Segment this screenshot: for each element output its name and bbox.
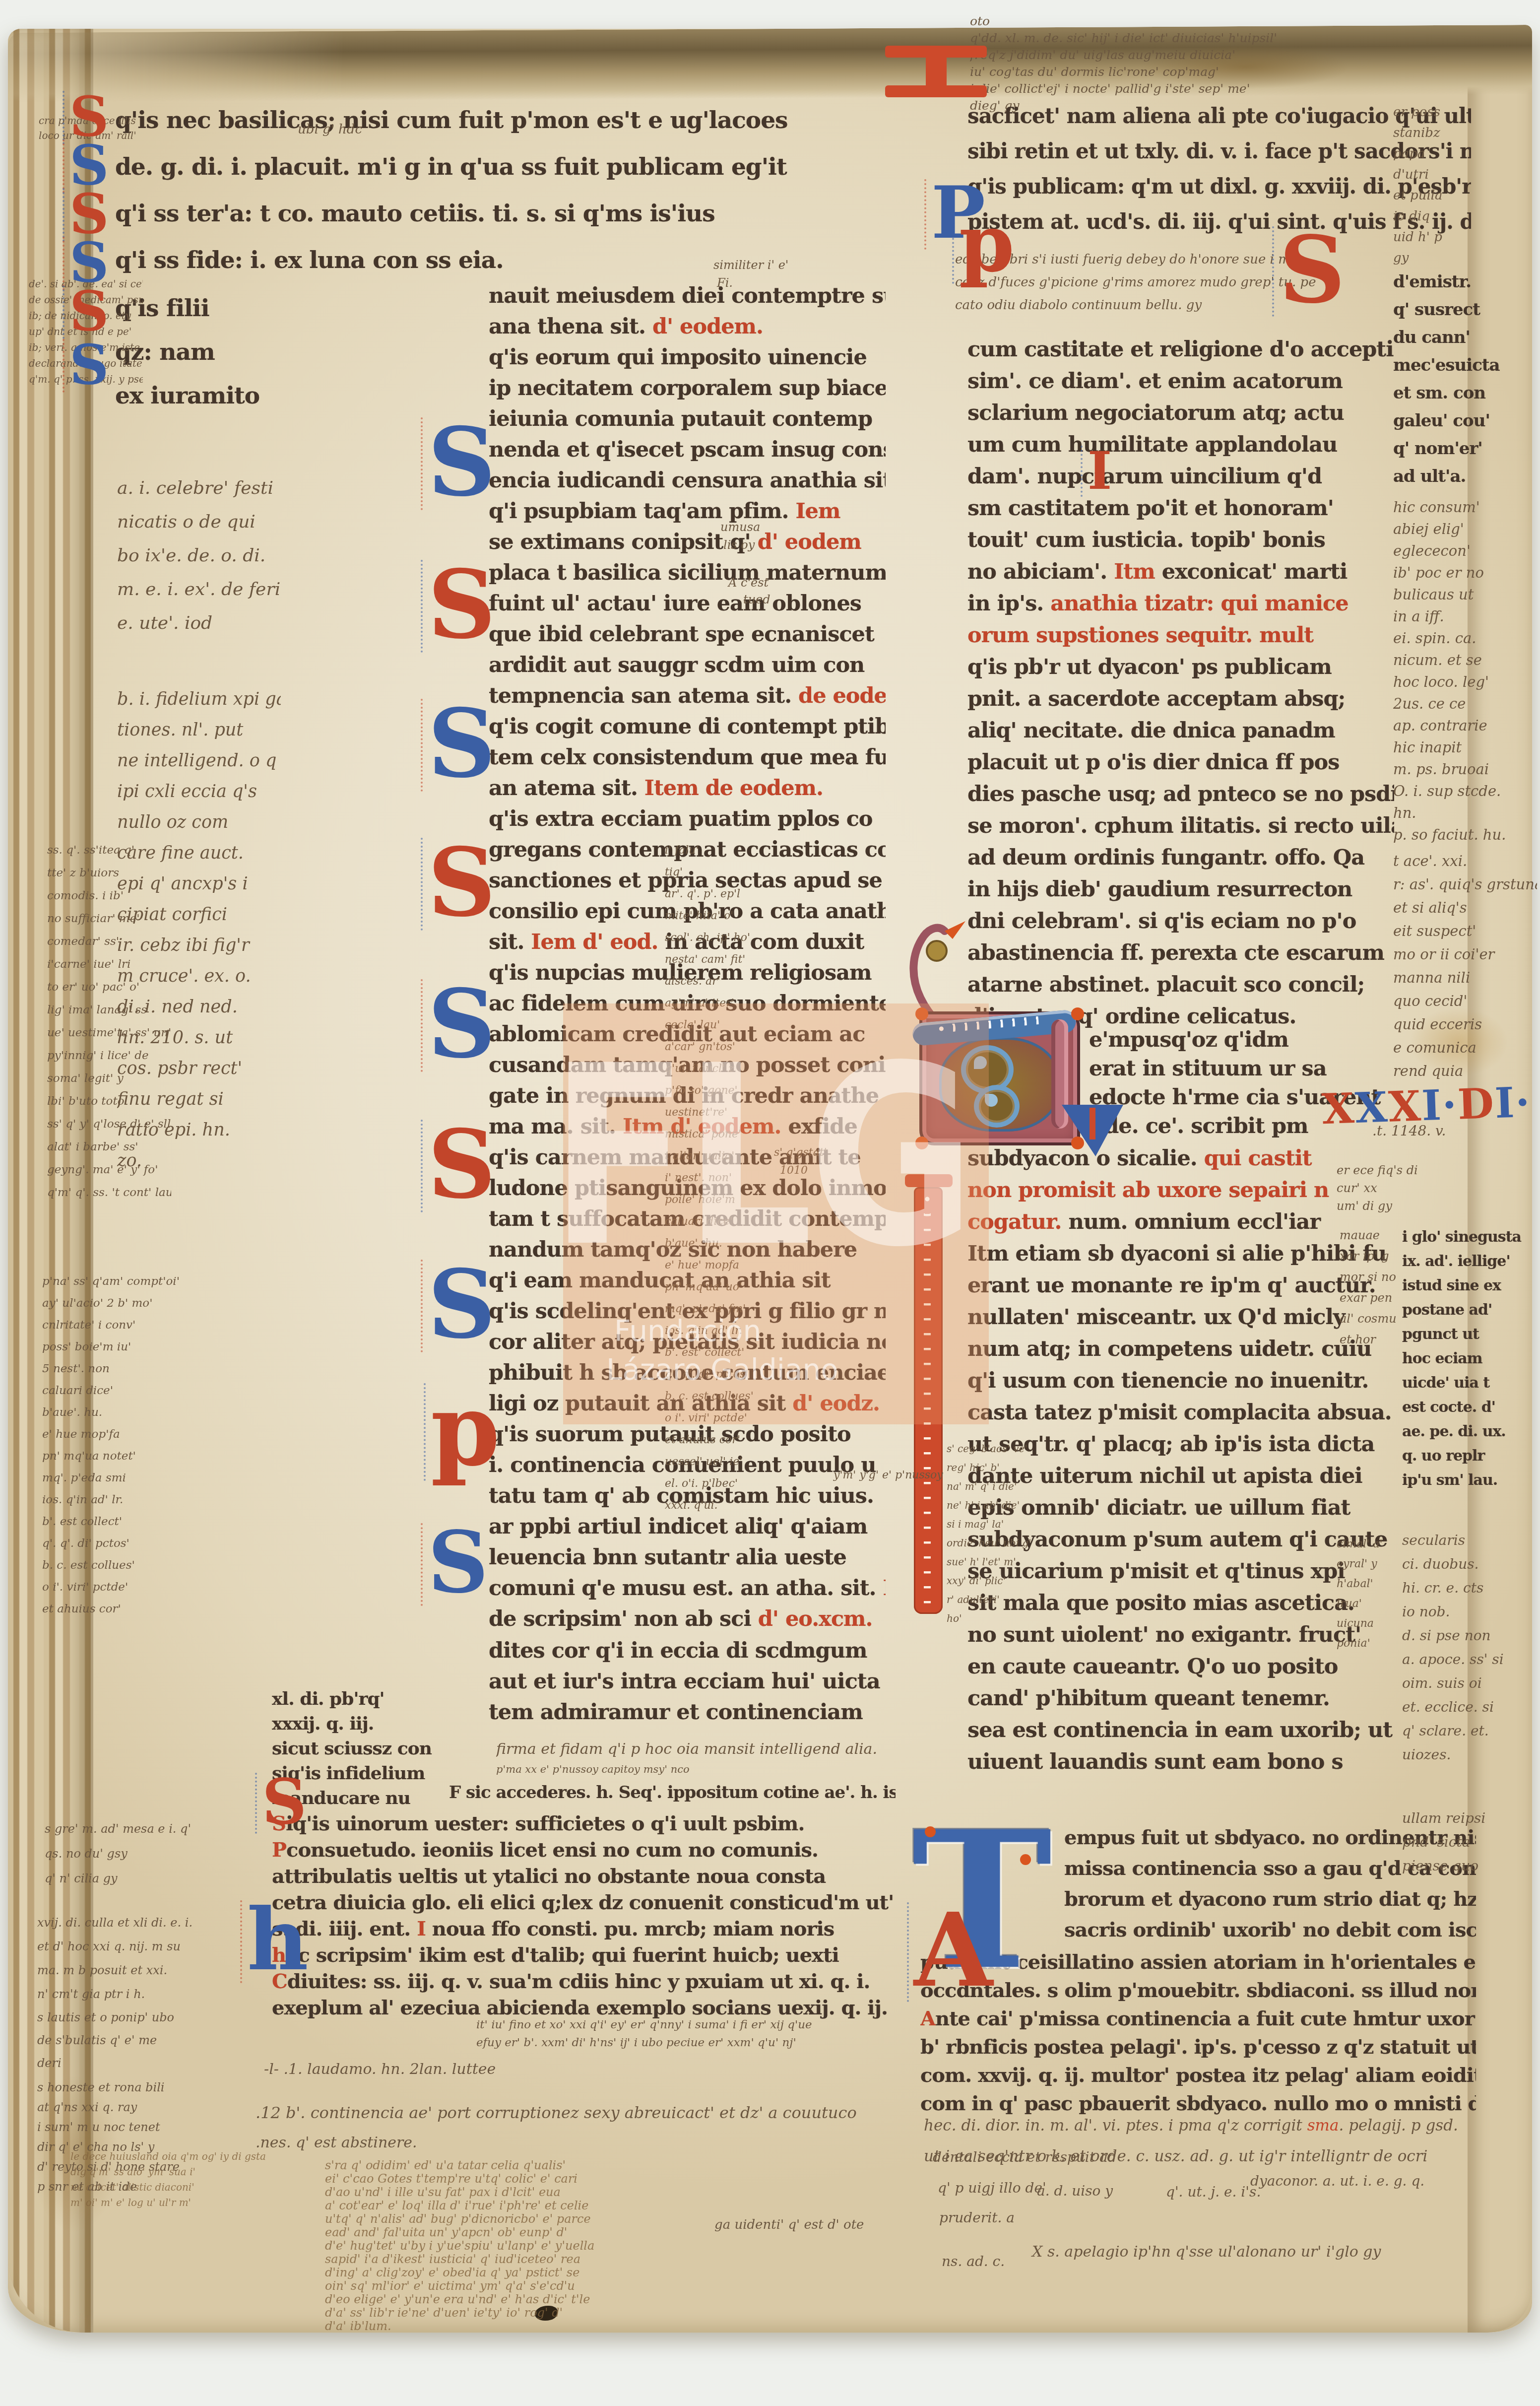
text-line: cogatur. num. omnium eccl'iar [967,1206,1394,1238]
text-line: el. o'i. p'lbec' [665,1473,754,1495]
text-line: p. so faciut. hu. [1393,824,1537,846]
text-line: papa [1393,143,1537,164]
pen-flourish [63,188,64,242]
marginal-micro-note: .t. 1148. v. [1372,1123,1446,1139]
text-line: Siq'is uinorum uester: sufficietes o q'i… [272,1810,902,1837]
library-watermark-name-1: Fundación [614,1314,761,1348]
text-line: dir q' e' cha no ls' y [37,2137,270,2157]
marginal-micro-note: dentali eccia et respuit ad [933,2149,1117,2165]
marginal-micro-note: dyaconor. a. ut. i. e. g. q. [1250,2173,1424,2189]
pen-initial-A: A [914,1909,993,1992]
text-line: hoc eciam [1402,1346,1536,1371]
manuscript-scan: otoq'dd. xl. m. de. sic' hij' i die' ict… [0,0,1540,2406]
text-line: mite' hita' o' [665,905,754,927]
pen-initial-S: S [69,240,109,285]
text-line: .nes. q' est abstinere. [256,2134,603,2152]
text-line: nullaten' misceantr. ux Q'd micly [967,1301,1394,1333]
text-line: cato odiu diabolo continuum bellu. gy [955,294,1441,317]
text-line: comuni q'e musu est. an atha. sit. Ie [489,1573,886,1604]
text-line: 2us. ce ce [1393,693,1537,715]
text-line: encia iudicandi censura anathia sit. [489,465,886,496]
text-line: poss' boie'm iu' [42,1336,181,1358]
text-line: secularis [1402,1529,1536,1552]
text-line: q'. q'. di' pctos' [42,1533,181,1554]
text-line: uiozes. [1402,1743,1536,1767]
text-line: ae. pe. di. ux. [1402,1419,1536,1444]
text-line: d'a' ss' lib'r ie'ne' d'uen' ie'ty' io' … [325,2306,950,2320]
text-line: ci. duobus. [1402,1552,1536,1576]
text-line: alsces. ar' [665,971,754,993]
pen-flourish [421,1120,423,1212]
text-line: o i'. viri' pctde' [42,1576,181,1598]
text-line: lbi' b'uto toto [47,1090,171,1113]
text-line: quo cecid' [1393,990,1537,1013]
text-line: hn. [1393,802,1537,824]
text-line: touit' cum iusticia. topib' bonis [967,524,1394,556]
text-line: ei' c'cao Gotes t'temp're u'tq' colic' e… [325,2172,950,2186]
text-line: pnit. a sacerdote acceptam absq; [967,683,1394,715]
text-line: b. i. fidelium xpi ga [117,684,281,715]
left-gloss-a: a. i. celebre' festinicatis o de quibo i… [117,471,281,640]
text-line: p snr et ab it ide [37,2177,270,2197]
text-line: i glo' sinegusta [1402,1225,1536,1249]
text-line: dites cor q'i in eccia di scdmgum [489,1635,886,1666]
text-line: sue' h' l'et' m' [947,1552,1046,1571]
marginal-micro-note: umusa [720,520,760,534]
text-line: sacris ordinib' uxorib' no debit com isc… [1064,1915,1476,1945]
text-line: q'dd. xl. m. de. sic' hij' i die' ict' d… [970,30,1496,47]
right-interlinear-gloss: edr beg bri s'i iusti fuerig debey do h'… [955,248,1441,317]
text-line: tem celx consistendum que mea fuit [489,742,886,773]
text-line: cur' xx [1337,1179,1476,1197]
text-line: tem admiramur et continenciam [489,1697,886,1728]
text-line: nenda et q'isecet pscam insug conse [489,434,886,465]
text-line: xar ip' g [1340,1246,1404,1267]
text-line: comedar' ss' [47,930,171,953]
text-line: abiej elig' [1393,518,1537,540]
text-line: sea est continencia in eam uxorib; ut [967,1714,1394,1746]
text-line: ullam reipsi [1402,1806,1536,1830]
marginal-micro-note: ubi g' hdc [298,122,362,137]
text-line: scol'. ch. ip' ho' [665,927,754,949]
text-line: mq'. p'eda smi [42,1467,181,1489]
pen-flourish [924,179,926,250]
text-line: d'ing' a' clig'zoy' e' obed'ia q' ya' ps… [325,2266,950,2279]
text-line: ei. spin. ca. [1393,627,1537,649]
left-margin-lower-gloss: p'na' ss' q'am' compt'oi'ay' ul'acio' 2 … [42,1270,181,1620]
text-line: F sic accederes. h. Seq'. ippositum coti… [449,1782,896,1804]
text-line: reg' hic' b' [947,1458,1046,1477]
pen-flourish [421,699,423,792]
text-line: abastinencia ff. perexta cte escarum [967,937,1394,969]
pen-initial-S: S [428,705,496,782]
marginal-micro-note: q' p uigj illo de' [938,2180,1046,2196]
text-line: geyng'. ma' e' y' fo' [47,1158,171,1181]
text-line: si i mag' la' [947,1515,1046,1534]
text-line: e. ute'. iod [117,606,281,640]
text-line: ss. q'. ss'itea q' [47,839,171,862]
text-line: xxy' di' plic' [947,1571,1046,1590]
text-line: dies pasche usq; ad pnteco se no psdinat [967,778,1394,810]
text-line: dam'. nupciarum uincilium q'd [967,461,1394,492]
pen-initial-S: S [69,143,109,188]
text-line: ardidit aut sauggr scdm uim con [489,650,886,680]
text-line: placuit ut p o'is dier dnica ff pos [967,746,1394,778]
text-line: du cann' [1393,324,1537,351]
text-line: firma et fidam q'i p hoc oia mansit inte… [496,1739,903,1759]
text-line: ipi cxli eccia q's [117,776,281,807]
pen-initial-S: S [428,423,496,501]
left-column-main-2: dites cor q'i in eccia di scdmgumaut et … [489,1635,886,1728]
text-line: ap. contrarie [1393,715,1537,736]
text-line: no abiciam'. Itm exconicat' marti [967,556,1394,588]
annotation-abstinere: .nes. q' est abstinere. [256,2134,603,2152]
text-line: attribulatis ueltis ut ytalici no obstan… [272,1863,902,1889]
text-line: h'abal' [1337,1574,1396,1594]
text-line: gy [1393,248,1537,268]
text-line: istud sine ex [1402,1273,1536,1298]
text-line: b'. est collect' [42,1511,181,1533]
text-line: erant ue monante re ip'm q' auctur. [967,1270,1394,1301]
text-line: quid ecceris [1393,1013,1537,1036]
text-line: uicuna [1337,1614,1396,1634]
text-line: uiuent lauandis sunt eam bono s [967,1746,1394,1778]
text-line: et ahuius cor' [42,1598,181,1620]
text-line: est cocte. d' [1402,1395,1536,1419]
text-line: nicatis o de qui [117,505,281,539]
text-line: d' reyto si d' hone stare [37,2157,270,2177]
text-line: dni celebram'. si q'is eciam no p'o [967,905,1394,937]
text-line: edr beg bri s'i iusti fuerig debey do h'… [955,248,1441,271]
text-line: lig' ima' lanag' ss [47,999,171,1021]
text-line: a. apoce. ss' si [1402,1648,1536,1671]
text-line: ios. q'in ad' lr. [42,1489,181,1511]
text-line: ix. ad'. iellige' [1402,1249,1536,1273]
text-line: q'is pb'r ut dyacon' ps publicam [967,651,1394,683]
text-line: efuy er' b'. xxm' di' h'ns' ij' i ubo pe… [476,2034,923,2052]
text-line: ad ult'a. [1393,463,1537,490]
text-line: cetra diuicia glo. eli elici q;lex dz co… [272,1889,902,1916]
text-line: iu' cog'tas du' dormis lic'rone' cop'mag… [970,64,1496,80]
left-wide-bottom-block: Siq'is uinorum uester: sufficietes o q'i… [272,1810,902,2021]
text-line: -l- .1. laudamo. hn. 2lan. luttee [264,2061,710,2078]
text-line: an atema sit. Item de eodem. [489,773,886,803]
right-margin-gloss-5a: er ece fiq's dicur' xxum' di gy [1337,1161,1476,1215]
text-line: et. ecclice. si [1402,1695,1536,1719]
text-line: orum supstiones sequitr. mult [967,619,1394,651]
annotation-laudamus: -l- .1. laudamo. hn. 2lan. luttee [264,2061,710,2078]
text-line: comodis. i ib' [47,884,171,907]
text-line: q'i usum con tienencie no inuenitr. [967,1365,1394,1397]
pen-flourish [63,91,64,144]
pen-flourish [63,339,64,393]
text-line: et si aliq's [1393,896,1537,920]
text-line: caluari dice' [42,1380,181,1402]
text-line: xl. di. pb'rq' [272,1686,470,1711]
text-line: stanibz [1393,123,1537,143]
text-line: piense quo [1402,1854,1536,1878]
right-margin-gloss-2: d'emistr.q' susrectdu cann'mec'esuictaet… [1393,268,1537,490]
text-line: sicut sciussz con [272,1736,470,1761]
text-line: Pconsuetudo. ieoniis licet ensi no cum n… [272,1837,902,1863]
text-line: soma' legit' y [47,1067,171,1090]
text-line: et hor [1340,1329,1404,1350]
text-line: ne intelligend. o q [117,745,281,776]
marginal-micro-note: a. d. uiso y [1037,2183,1113,2199]
text-line: hi. cr. e. cts [1402,1576,1536,1600]
text-line: ss' q' y' q'lose d' e' sllia [47,1113,171,1136]
text-line: n' cm't gia ptr i h. [37,1982,270,2006]
text-line: cand' p'hibitum queant tenemr. [967,1682,1394,1714]
pen-initial-h: h [247,1906,309,1975]
text-line: tiones. nl'. put [117,715,281,745]
pen-flourish [421,838,423,931]
pen-flourish [952,206,954,284]
text-line: ana thena sit. d' eodem. [489,311,886,342]
text-line: mauae [1340,1225,1404,1246]
text-line: cimal' a' [1337,1535,1396,1554]
marginal-micro-note: X s. apelagio ip'hn q'sse ul'alonano ur'… [1032,2243,1381,2261]
text-line: eit suspect' [1393,920,1537,943]
pen-flourish [421,560,423,653]
text-line: p'ma xx e' p'nussoy capitoy msy' nco [496,1763,843,1776]
text-line: q'is cogit comune di contempt ptib' [489,711,886,742]
pen-initial-S: S [428,1126,496,1203]
text-line: erat in stituum ur sa [1089,1054,1397,1083]
text-line: sim'. ce diam'. et enim acatorum [967,365,1394,397]
text-line: postane ad' [1402,1298,1536,1322]
text-line: i die' collict'ej' i nocte' pallid'g i's… [970,80,1496,97]
left-margin-gloss-h: s lautis et o ponip' ubode s'bulatis q' … [37,2006,265,2074]
tall-initial-side-gloss: s' ceg' b'aos' ve'reg' hic' b'na' m' q' … [947,1439,1046,1628]
top-left-text-block: q'is nec basilicas; nisi cum fuit p'mon … [115,97,859,284]
header-char: · [1441,1080,1459,1130]
text-line: q'is extra ecciam puatim pplos co [489,803,886,834]
text-line: de s'bulatis q' e' me [37,2029,265,2052]
text-line: alat' i barbe' ss' [47,1136,171,1158]
left-margin-gloss-f: s gre' m. ad' mesa e i. q'qs. no du' gsy… [45,1816,273,1891]
text-line: py'innig' i lice' de [47,1044,171,1067]
text-line: d'e' hug'tet' u'by i y'ue'spiu' u'lanp' … [325,2239,950,2253]
text-line: subdyacon o sicalie. qui castit [967,1142,1394,1174]
marginal-micro-note: tued [743,593,770,606]
pen-flourish [421,1523,423,1606]
text-line: tig' [665,862,754,883]
text-line: com. xxvij. q. ij. multor' postea itz pe… [920,2061,1476,2089]
text-line: placa t basilica sicilium maternum [489,557,886,588]
pen-initial-S: S [69,192,109,236]
text-line: d'emistr. [1393,268,1537,296]
pen-flourish [255,1773,257,1834]
text-line: Itm etiam sb dyaconi si alie p'hibi fu [967,1238,1394,1270]
text-line: lrua' [1337,1594,1396,1614]
text-line: at q'ns xxi q. ray [37,2097,270,2117]
text-line: d. si pse non [1402,1624,1536,1648]
library-watermark-name-2: Lázaro Galdiano [606,1353,838,1387]
header-char: I [1494,1078,1516,1128]
text-line: e comunica [1393,1036,1537,1060]
text-line: ne' h' i ab' die' [947,1496,1046,1515]
text-line: i'carne' iue' lri [47,953,171,976]
text-line: pn' mq'ua notet' [42,1445,181,1467]
right-column-main-a: cum castitate et religione d'o acceptisi… [967,334,1394,1032]
pen-initial-I: I [1088,449,1112,492]
text-line: oto [970,13,1496,30]
text-line: xvij. di. culla et xli di. e. i. [37,1911,270,1935]
pen-initial-S: S [69,289,109,334]
text-line: er ece fiq's di [1337,1161,1476,1179]
text-line: q' sclare. et. [1402,1719,1536,1743]
marginal-micro-note: Fi. [717,276,733,290]
text-line: m. e. i. ex'. de feri [117,573,281,606]
text-line: eyral' y [1337,1554,1396,1574]
annotation-continencie: .12 b'. continencia ae' port corruptione… [256,2103,1000,2122]
text-line: s' ceg' b'aos' ve' [947,1439,1046,1458]
marginal-micro-note: ns. ad. c. [942,2253,1005,2270]
pen-flourish [63,139,64,193]
left-small-line-2: F sic accederes. h. Seq'. ippositum coti… [449,1782,896,1804]
pen-initial-S: S [428,1529,489,1598]
text-line: uicde' uia t [1402,1371,1536,1395]
text-line: ue' uestime'ta' ss' un' [47,1021,171,1044]
text-line: t ace'. xxi. [1393,850,1537,873]
pen-flourish [63,285,64,339]
red-initial-i-top [885,46,987,97]
left-margin-gloss-i: s honeste et rona biliat q'ns xxi q. ray… [37,2077,270,2197]
text-line: de. g. di. i. placuit. m'i g in q'ua ss … [115,144,859,191]
text-line: s lautis et o ponip' ubo [37,2006,265,2029]
text-line: io nob. [1402,1600,1536,1624]
text-line: r' adulteri' [947,1590,1046,1609]
header-char: · [1514,1077,1532,1127]
text-line: exar pen [1340,1287,1404,1308]
pen-initial-S: S [69,342,109,387]
header-char: X [1321,1083,1356,1134]
pen-initial-S: S [262,1777,307,1828]
text-line: q' nom'er' [1393,435,1537,463]
text-line: qs. no du' gsy [45,1841,273,1866]
text-line: bulicaus ut [1393,584,1537,605]
text-line: d'ao u'nd' i ille u'su fat' pax i d'lcit… [325,2186,950,2199]
text-line: ex iuramito [115,374,363,418]
pen-flourish [1272,226,1274,317]
text-line: b'aue'. hu. [42,1402,181,1423]
text-line: r: as'. quiq's grstuna [1393,873,1537,896]
text-line: s honeste et rona bili [37,2077,270,2097]
pen-initial-S: S [428,566,496,643]
left-margin-mid-gloss: ss. q'. ss'itea q'tte' z b'uiorscomodis.… [47,839,171,1204]
marginal-micro-note: similiter i' e' [713,258,788,272]
text-line: s gre' m. ad' mesa e i. q' [45,1816,273,1841]
text-line: atarne abstinet. placuit sco concil; [967,969,1394,1001]
text-line: a' cot'ear' e' loq' illa d' i'rue' i'ph'… [325,2199,950,2212]
text-line: se moron'. cphum ilitatis. si recto uila… [967,810,1394,842]
text-line: to er' uo' pac' o' [47,976,171,999]
mid-cursive-note: it' iu' fino et xo' xxi q'i' ey' er' q'n… [476,2016,923,2052]
text-line: q' n' cilia gy [45,1866,273,1891]
text-line: brorum et dyacono rum strio diat q; hz o… [1064,1884,1476,1915]
text-line: q'i ss ter'a: t co. mauto cetiis. ti. s.… [115,191,859,237]
left-margin-gloss-g: xvij. di. culla et xli di. e. i.et d' ho… [37,1911,270,2006]
marginal-micro-note: A c'est [728,576,769,590]
text-line: hec scripsim' ikim est d'talib; qui fuer… [272,1942,902,1968]
text-line: qz: nam [115,331,363,374]
text-line: pgunct ut [1402,1322,1536,1346]
text-line: i sum' m u noc tenet [37,2117,270,2137]
text-line: manna nili [1393,966,1537,990]
pen-initial-S: S [69,94,109,139]
text-line: in ip's. anathia tizatr: qui manice [967,588,1394,619]
text-line: fuint ul' actau' iure eam oblones [489,588,886,619]
text-line: al' cosmu [1340,1308,1404,1329]
library-watermark-monogram: FLG [550,1020,924,1293]
text-line: en caute caueantr. Q'o uo posito [967,1651,1394,1682]
text-line: uessel' uel' ie' [665,1451,754,1473]
text-line: et d' hoc xxi q. nij. m su [37,1935,270,1958]
text-line: e'mpusq'oz q'idm [1089,1025,1397,1054]
text-line: b' rbnficis postea pelagi'. ip's. p'cess… [920,2033,1476,2061]
text-line: et puila [1393,185,1537,206]
text-line: it' iu' fino et xo' xxi q'i' ey' er' q'n… [476,2016,923,2034]
text-line: se extimans conipsit q' d' eodem [489,527,886,557]
top-left-short-lines: q'is filiiqz: namex iuramito [115,287,363,418]
pen-flourish [421,979,423,1072]
right-margin-gloss-7: ullam reipsipnd' sictapiense quo [1402,1806,1536,1878]
text-line: ay' ul'acio' 2 b' mo' [42,1292,181,1314]
text-line: nesta' cam' fit' [665,949,754,971]
pen-flourish [63,237,64,290]
pen-initial-S: S [428,1266,496,1343]
text-line: ponia' [1337,1634,1396,1654]
pen-initial-S: S [428,985,496,1063]
text-line: oim. suis oi [1402,1671,1536,1695]
text-line: i' falu' [665,840,754,862]
marginal-micro-note: q'. ut. j. e. i's. [1166,2184,1261,2200]
text-line: q'i psupbiam taq'am pfim. Iem [489,496,886,527]
text-line: nullo oz com [117,807,281,838]
text-line: ieiunia comunia putauit contemp [489,403,886,434]
text-line: q'is eorum qui imposito uinencie [489,342,886,373]
text-line: p'na' ss' q'am' compt'oi' [42,1270,181,1292]
text-line: mo or ii coi'er [1393,943,1537,966]
text-line: .12 b'. continencia ae' port corruptione… [256,2103,1000,2122]
text-line: sm castitatem po'it et honoram' [967,492,1394,524]
text-line: deri [37,2052,265,2074]
text-line: de scripsim' non ab sci d' eo.xcm. [489,1604,886,1634]
right-margin-gloss-6b: cimal' a'eyral' yh'abal'lrua'uicunaponia… [1337,1535,1396,1654]
text-line: casta tatez p'misit complacita absua. [967,1397,1394,1428]
text-line: in a iff. [1393,605,1537,627]
pen-flourish [907,1902,909,2003]
text-line: eglececon' [1393,540,1537,562]
text-line: um' di gy [1337,1197,1476,1215]
text-line: ma. m b posuit et xxi. [37,1958,270,1982]
header-char: D [1457,1078,1495,1129]
text-line: sapid' i'a d'ikest' iusticia' q' iud'ice… [325,2253,950,2266]
text-line: e' hue mop'fa [42,1423,181,1445]
text-line: q. uo replr [1402,1444,1536,1468]
pen-initial-S: S [428,844,496,921]
text-line: q'is filii [115,287,363,331]
text-line: 5 nest'. non [42,1358,181,1380]
right-margin-gloss-4: t ace'. xxi.r: as'. quiq's grstunaet si … [1393,850,1537,1083]
text-line: m. ps. bruoai [1393,758,1537,780]
left-small-line-1: firma et fidam q'i p hoc oia mansit inte… [496,1739,903,1759]
pen-flourish [421,1260,423,1352]
text-line: io diq [1393,206,1537,227]
text-line: na' m' q' i die' [947,1477,1046,1496]
text-line: nicum. et se [1393,649,1537,671]
